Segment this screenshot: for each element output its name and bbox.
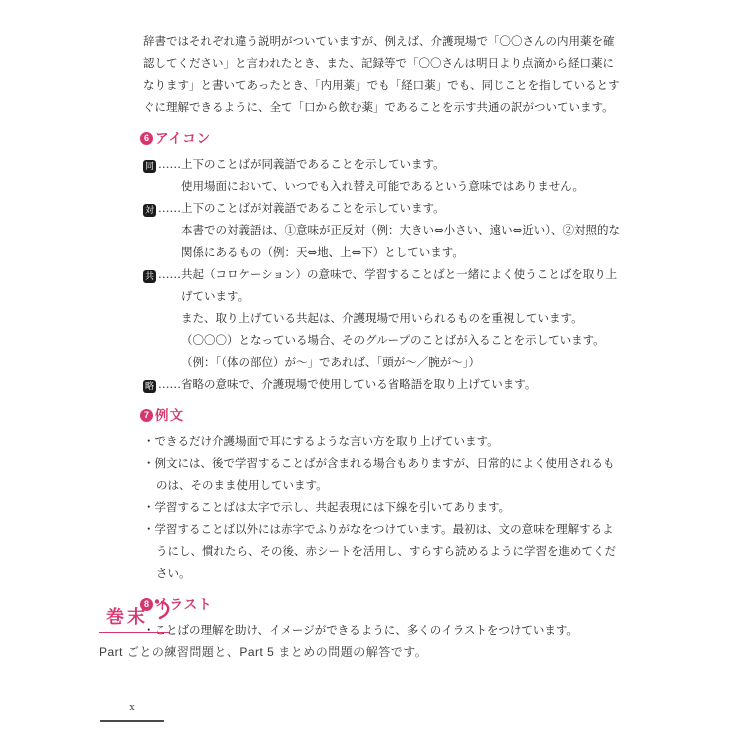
- icon-item-synonym: 同……上下のことばが同義語であることを示しています。 使用場面において、いつでも…: [143, 153, 621, 197]
- bullet-marker: ・: [143, 434, 155, 448]
- decorative-curl-icon: [150, 597, 174, 629]
- kanmatsu-section: 巻末 Part ごとの練習問題と、Part 5 まとめの問題の解答です。: [99, 603, 427, 660]
- icon-note: 使用場面において、いつでも入れ替え可能であるという意味ではありません。: [181, 175, 621, 197]
- section-title: 例文: [155, 408, 184, 423]
- main-text-column: 辞書ではそれぞれ違う説明がついていますが、例えば、介護現場で「〇〇さんの内用薬を…: [143, 30, 621, 641]
- collocation-kanji-icon: 共: [143, 270, 156, 283]
- icon-lead-line: 略……省略の意味で、介護現場で使用している省略語を取り上げています。: [143, 373, 621, 395]
- bullet-text: 学習することばは太字で示し、共起表現には下線を引いてあります。: [155, 500, 511, 514]
- section-title: アイコン: [155, 131, 211, 146]
- section-heading-example-sentences: 7 例文: [140, 408, 621, 423]
- bullet-marker: ・: [143, 522, 155, 536]
- icon-note: 本書での対義語は、①意味が正反対（例：大きい⇔小さい、遠い⇔近い）、②対照的な関…: [181, 219, 621, 263]
- footer-rule: [100, 720, 164, 722]
- icon-description: ……省略の意味で、介護現場で使用している省略語を取り上げています。: [158, 377, 536, 391]
- synonym-kanji-icon: 同: [143, 160, 156, 173]
- circled-number-7-icon: 7: [140, 409, 153, 422]
- icon-lead-line: 対……上下のことばが対義語であることを示しています。: [143, 197, 621, 219]
- icon-item-collocation: 共……共起（コロケーション）の意味で、学習することばと一緒によく使うことばを取り…: [143, 263, 621, 373]
- kanmatsu-title: 巻末: [106, 607, 148, 627]
- bullet-marker: ・: [143, 456, 155, 470]
- icon-item-abbreviation: 略……省略の意味で、介護現場で使用している省略語を取り上げています。: [143, 373, 621, 395]
- bullet-item: ・学習することば以外には赤字でふりがなをつけています。最初は、文の意味を理解する…: [143, 518, 621, 584]
- bullet-item: ・学習することばは太字で示し、共起表現には下線を引いてあります。: [143, 496, 621, 518]
- intro-paragraph: 辞書ではそれぞれ違う説明がついていますが、例えば、介護現場で「〇〇さんの内用薬を…: [143, 30, 621, 118]
- icon-description: ……共起（コロケーション）の意味で、学習することばと一緒によく使うことばを取り上…: [158, 267, 617, 303]
- abbreviation-kanji-icon: 略: [143, 380, 156, 393]
- bullet-item: ・例文には、後で学習することばが含まれる場合もありますが、日常的によく使用される…: [143, 452, 621, 496]
- kanmatsu-description: Part ごとの練習問題と、Part 5 まとめの問題の解答です。: [99, 643, 427, 660]
- bullet-text: できるだけ介護場面で耳にするような言い方を取り上げています。: [155, 434, 499, 448]
- page-number: x: [100, 703, 164, 713]
- book-page: 辞書ではそれぞれ違う説明がついていますが、例えば、介護現場で「〇〇さんの内用薬を…: [0, 0, 750, 750]
- icon-description: ……上下のことばが同義語であることを示しています。: [158, 157, 445, 171]
- icon-description: ……上下のことばが対義語であることを示しています。: [158, 201, 445, 215]
- icon-note: また、取り上げている共起は、介護現場で用いられるものを重視しています。: [181, 307, 621, 329]
- icon-note: （〇〇〇）となっている場合、そのグループのことばが入ることを示しています。: [181, 329, 621, 351]
- bullet-text: 例文には、後で学習することばが含まれる場合もありますが、日常的によく使用されるも…: [155, 456, 615, 492]
- icon-item-antonym: 対……上下のことばが対義語であることを示しています。 本書での対義語は、①意味が…: [143, 197, 621, 263]
- kanmatsu-heading: 巻末: [99, 603, 170, 633]
- bullet-text: 学習することば以外には赤字でふりがなをつけています。最初は、文の意味を理解するよ…: [155, 522, 617, 580]
- bullet-item: ・できるだけ介護場面で耳にするような言い方を取り上げています。: [143, 430, 621, 452]
- bullet-marker: ・: [143, 500, 155, 514]
- icon-note: （例：「（体の部位）が～」であれば、「頭が～／腕が～」）: [181, 351, 621, 373]
- antonym-kanji-icon: 対: [143, 204, 156, 217]
- icon-lead-line: 共……共起（コロケーション）の意味で、学習することばと一緒によく使うことばを取り…: [143, 263, 621, 307]
- section-heading-icons: 6 アイコン: [140, 131, 621, 146]
- circled-number-6-icon: 6: [140, 132, 153, 145]
- icon-lead-line: 同……上下のことばが同義語であることを示しています。: [143, 153, 621, 175]
